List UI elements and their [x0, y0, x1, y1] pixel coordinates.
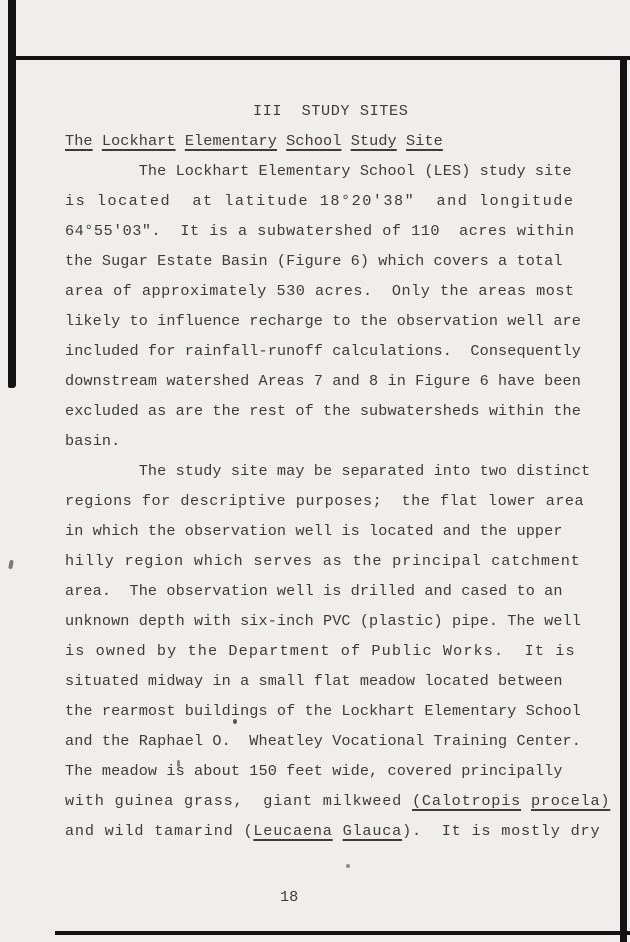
- text-line: area of approximately 530 acres. Only th…: [65, 276, 605, 306]
- scan-speck: [177, 760, 180, 767]
- subsection-heading: The Lockhart Elementary School Study Sit…: [65, 126, 605, 156]
- text-line: The study site may be separated into two…: [65, 456, 605, 486]
- section-title: III STUDY SITES: [65, 96, 605, 126]
- text-line: in which the observation well is located…: [65, 516, 605, 546]
- text-line: The meadow is about 150 feet wide, cover…: [65, 756, 605, 786]
- text-line: is owned by the Department of Public Wor…: [65, 636, 605, 666]
- text-segment: [333, 822, 343, 840]
- text-segment: ). It is mostly dry: [402, 822, 600, 840]
- text-line: included for rainfall-runoff calculation…: [65, 336, 605, 366]
- text-line: 64°55'03". It is a subwatershed of 110 a…: [65, 216, 605, 246]
- heading-word: Elementary: [185, 132, 277, 150]
- scan-speck: [8, 560, 14, 570]
- scan-speck: [233, 719, 237, 724]
- heading-word: Study: [351, 132, 397, 150]
- heading-word: Lockhart: [102, 132, 176, 150]
- text-line: situated midway in a small flat meadow l…: [65, 666, 605, 696]
- text-line-milkweed: with guinea grass, giant milkweed (Calot…: [65, 786, 605, 816]
- scan-speck: [346, 864, 350, 868]
- scan-edge-artifact-top: [8, 56, 630, 60]
- text-line: area. The observation well is drilled an…: [65, 576, 605, 606]
- text-line: the rearmost buildings of the Lockhart E…: [65, 696, 605, 726]
- text-line: likely to influence recharge to the obse…: [65, 306, 605, 336]
- scan-edge-artifact-right: [620, 56, 627, 942]
- text-segment: and wild tamarind (: [65, 822, 253, 840]
- species-name-underlined: Leucaena: [253, 822, 332, 840]
- text-line: and the Raphael O. Wheatley Vocational T…: [65, 726, 605, 756]
- text-line: hilly region which serves as the princip…: [65, 546, 605, 576]
- species-name-underlined: Glauca: [343, 822, 402, 840]
- document-text-block: III STUDY SITES The Lockhart Elementary …: [65, 96, 605, 846]
- species-name-underlined: (Calotropis: [412, 792, 521, 810]
- text-line: excluded as are the rest of the subwater…: [65, 396, 605, 426]
- text-line: downstream watershed Areas 7 and 8 in Fi…: [65, 366, 605, 396]
- text-line: The Lockhart Elementary School (LES) stu…: [65, 156, 605, 186]
- species-name-underlined: procela): [531, 792, 610, 810]
- heading-word: The: [65, 132, 93, 150]
- text-line: the Sugar Estate Basin (Figure 6) which …: [65, 246, 605, 276]
- text-segment: [521, 792, 531, 810]
- heading-word: School: [286, 132, 341, 150]
- heading-word: Site: [406, 132, 443, 150]
- scan-edge-artifact-bottom: [55, 931, 630, 935]
- scanned-document-page: III STUDY SITES The Lockhart Elementary …: [0, 0, 630, 942]
- text-segment: with guinea grass, giant milkweed: [65, 792, 412, 810]
- text-line: is located at latitude 18°20'38" and lon…: [65, 186, 605, 216]
- text-line-tamarind: and wild tamarind (Leucaena Glauca). It …: [65, 816, 605, 846]
- text-line: regions for descriptive purposes; the fl…: [65, 486, 605, 516]
- page-number: 18: [280, 882, 298, 912]
- text-line: basin.: [65, 426, 605, 456]
- text-line: unknown depth with six-inch PVC (plastic…: [65, 606, 605, 636]
